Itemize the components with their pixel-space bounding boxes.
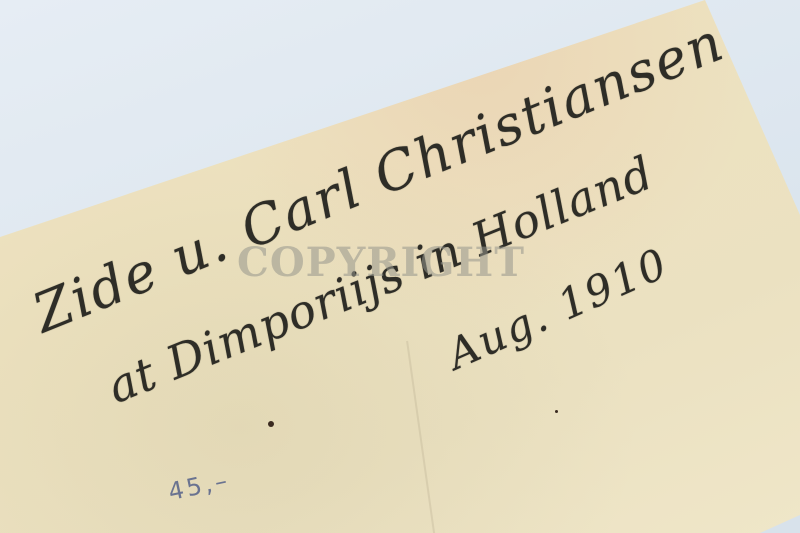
ink-spot bbox=[268, 421, 274, 427]
copyright-watermark: COPYRIGHT bbox=[237, 240, 562, 286]
photo-scene: Zide u. Carl Christiansen at Dimporiijs … bbox=[0, 0, 800, 533]
ink-speck bbox=[555, 410, 558, 413]
